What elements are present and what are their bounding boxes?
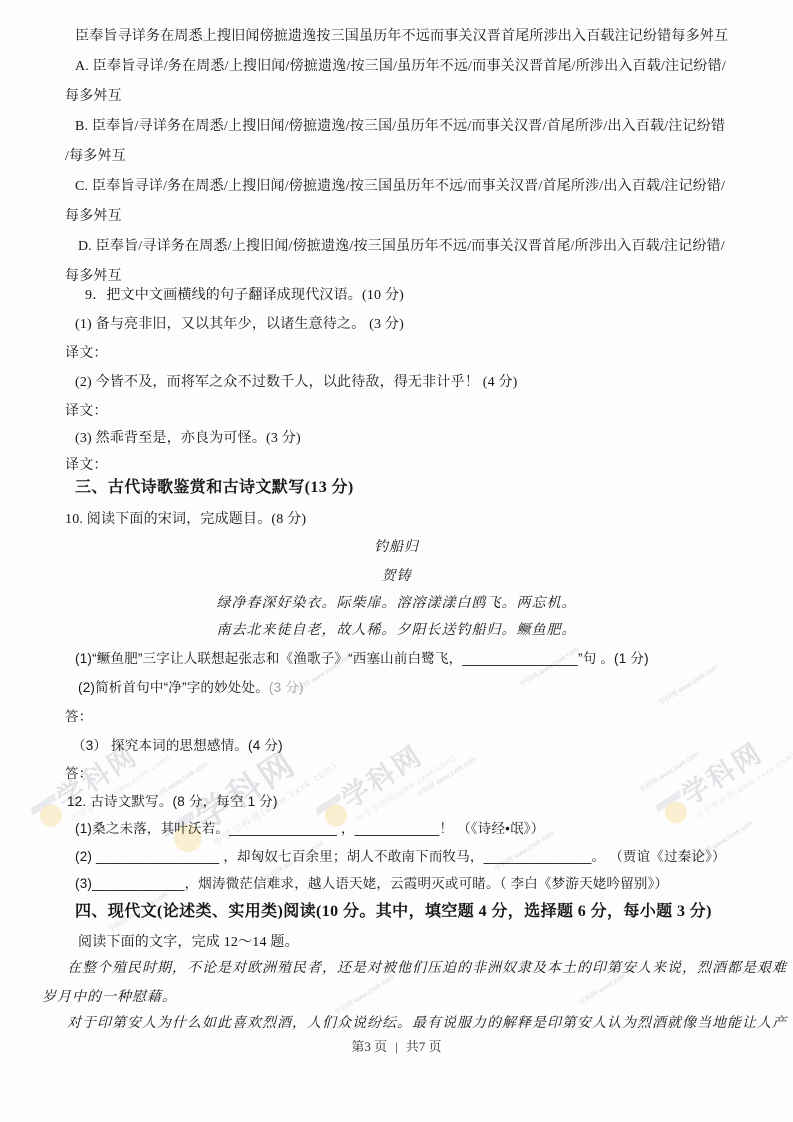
text-line: /每多舛互 [65,148,126,166]
text-line: (3) 然乖背至是，亦良为可怪。(3 分) [75,430,301,448]
text-line: 10. 阅读下面的宋词，完成题目。(8 分) [65,511,306,529]
text-run: (2)简析首句中“净”字的妙处处。 [78,680,269,695]
text-line: 9．把文中文画横线的句子翻译成现代汉语。(10 分) [85,287,404,305]
text-line: 绿净春深好染衣。际柴扉。溶溶漾漾白鸥飞。两忘机。 [0,595,793,613]
footer-separator: | [395,1039,398,1054]
page-footer: 第3 页|共7 页 [0,1036,793,1055]
footer-page-number: 第3 页 [351,1039,387,1054]
text-line: 三、古代诗歌鉴赏和古诗文默写(13 分) [75,479,354,497]
text-line: （3） 探究本词的思想感情。(4 分) [72,737,283,755]
text-line: 答： [65,708,92,726]
footer-total-pages: 共7 页 [406,1039,442,1054]
text-line: 阅读下面的文字，完成 12～14 题。 [78,934,299,952]
text-line: 贺铸 [0,568,793,586]
text-line: 钓船归 [0,539,793,557]
text-line: (3)____________，烟涛微茫信难求，越人语天姥，云霞明灭或可睹。（ … [75,875,668,893]
text-line: (2) ________________ ，却匈奴七百余里；胡人不敢南下而牧马，… [75,848,726,866]
text-line: 译文： [65,457,108,475]
text-run: (3 分) [269,680,304,695]
text-line: 译文： [65,345,108,363]
text-line: 每多舛互 [65,88,122,106]
text-line: (2)简析首句中“净”字的妙处处。(3 分) [78,679,304,697]
text-line: (1)桑之未落，其叶沃若。______________ ，___________… [75,820,544,838]
text-line: (1) 备与亮非旧，又以其年少，以诸生意待之。 (3 分) [75,316,404,334]
text-line: 对于印第安人为什么如此喜欢烈酒，人们众说纷纭。最有说服力的解释是印第安人认为烈酒… [67,1015,787,1033]
text-line: D. 臣奉旨/寻详务在周悉/上搜旧闻/傍摭遗逸/按三国虽历年不远/而事关汉晋首尾… [78,238,725,256]
text-line: 臣奉旨寻详务在周悉上搜旧闻傍摭遗逸按三国虽历年不远而事关汉晋首尾所涉出入百载注记… [75,28,728,46]
text-line: 答： [65,765,92,783]
text-line: 12. 古诗文默写。(8 分，每空 1 分) [67,793,278,811]
text-line: 岁月中的一种慰藉。 [42,989,177,1007]
text-line: 每多舛互 [65,268,122,286]
text-line: 四、现代文(论述类、实用类)阅读(10 分。其中，填空题 4 分，选择题 6 分… [75,903,712,921]
exam-paper-page: 学科网中学学科网(www.zxxk.com)学科网中学学科网(www.zxxk.… [0,0,793,1122]
text-line: 南去北来徒自老，故人稀。夕阳长送钓船归。鳜鱼肥。 [0,622,793,640]
document-lines: 臣奉旨寻详务在周悉上搜旧闻傍摭遗逸按三国虽历年不远而事关汉晋首尾所涉出入百载注记… [0,0,793,1122]
text-line: 在整个殖民时期，不论是对欧洲殖民者，还是对被他们压迫的非洲奴隶及本土的印第安人来… [67,960,787,978]
text-line: B. 臣奉旨/寻详务在周悉/上搜旧闻/傍摭遗逸/按三国/虽历年不远/而事关汉晋/… [75,118,725,136]
text-line: (2) 今皆不及，而将军之众不过数千人，以此待敌，得无非计乎！ (4 分) [75,374,518,392]
text-line: 译文： [65,403,108,421]
text-line: A. 臣奉旨寻详/务在周悉/上搜旧闻/傍摭遗逸/按三国/虽历年不远/而事关汉晋首… [75,58,726,76]
text-line: 每多舛互 [65,208,122,226]
text-line: (1)“鳜鱼肥”三字让人联想起张志和《渔歌子》“西塞山前白鹭飞，________… [75,650,649,668]
text-line: C. 臣奉旨寻详/务在周悉/上搜旧闻/傍摭遗逸/按三国虽历年不远/而事关汉晋/首… [75,178,725,196]
